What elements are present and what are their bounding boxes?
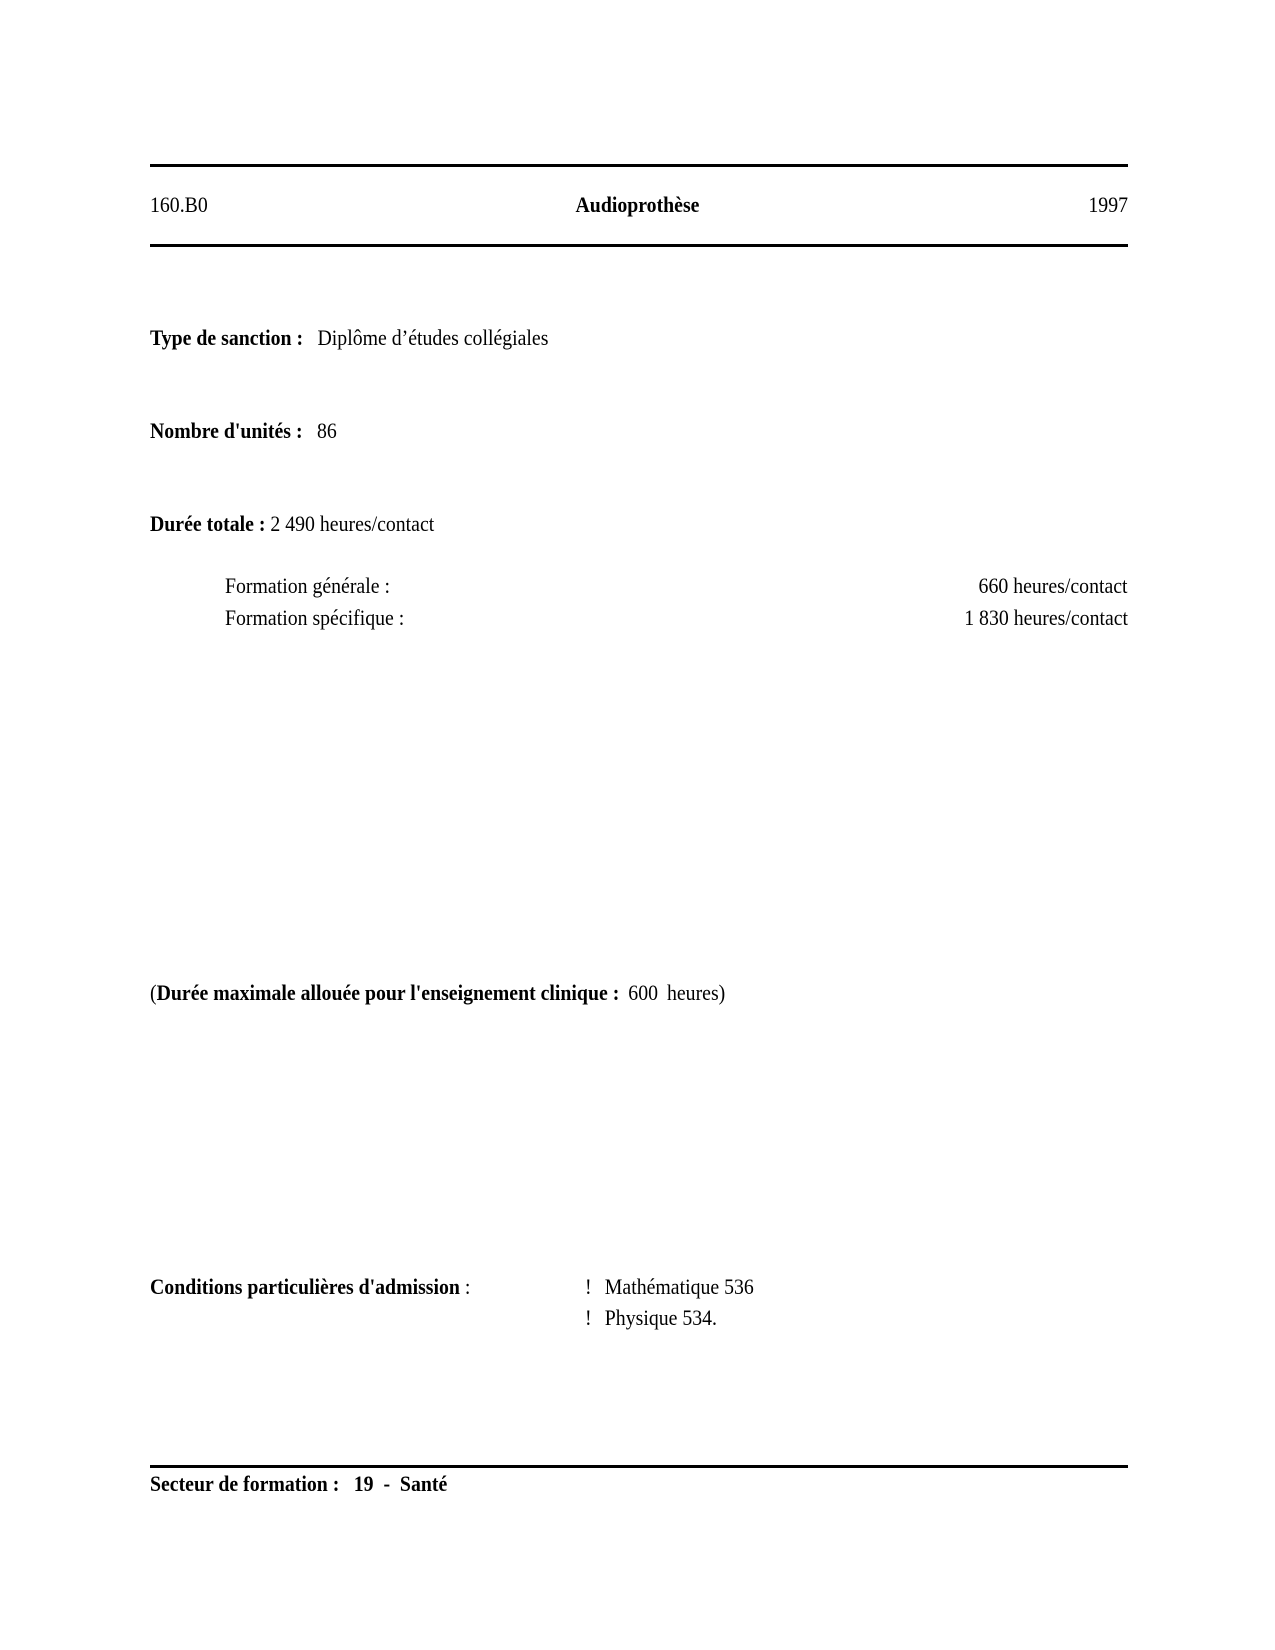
header-bottom-rule bbox=[150, 244, 1128, 247]
general-training-value: 660 heures/contact bbox=[979, 575, 1128, 597]
duration-row: Durée totale : 2 490 heures/contact bbox=[150, 513, 434, 535]
admission-item: !Physique 534. bbox=[585, 1307, 717, 1329]
admission-item-text: Physique 534. bbox=[605, 1305, 717, 1330]
clinical-unit: heures) bbox=[667, 980, 725, 1005]
program-title: Audioprothèse bbox=[64, 194, 1212, 216]
sector-name: Santé bbox=[400, 1471, 447, 1496]
sector-number: 19 bbox=[354, 1471, 374, 1496]
footer-rule bbox=[150, 1465, 1128, 1468]
general-training-label: Formation générale : bbox=[225, 575, 390, 597]
admission-item-text: Mathématique 536 bbox=[605, 1274, 754, 1299]
admission-conditions-label-row: Conditions particulières d'admission : bbox=[150, 1276, 470, 1298]
sector-label: Secteur de formation : bbox=[150, 1471, 339, 1496]
sanction-value: Diplôme d’études collégiales bbox=[317, 325, 548, 350]
admission-label: Conditions particulières d'admission bbox=[150, 1274, 460, 1299]
header-top-rule bbox=[150, 164, 1128, 167]
sector-separator: - bbox=[383, 1471, 390, 1496]
units-label: Nombre d'unités : bbox=[150, 418, 303, 443]
bullet-icon: ! bbox=[585, 1276, 605, 1298]
clinical-label: Durée maximale allouée pour l'enseigneme… bbox=[157, 980, 620, 1005]
units-value: 86 bbox=[317, 418, 337, 443]
sanction-label: Type de sanction : bbox=[150, 325, 303, 350]
clinical-value: 600 bbox=[628, 980, 658, 1005]
program-year: 1997 bbox=[1088, 194, 1128, 216]
clinical-duration-row: (Durée maximale allouée pour l'enseignem… bbox=[150, 982, 725, 1004]
bullet-icon: ! bbox=[585, 1307, 605, 1329]
specific-training-label: Formation spécifique : bbox=[225, 607, 404, 629]
sanction-row: Type de sanction :Diplôme d’études collé… bbox=[150, 327, 548, 349]
specific-training-value: 1 830 heures/contact bbox=[964, 607, 1128, 629]
units-row: Nombre d'unités :86 bbox=[150, 420, 337, 442]
duration-value: 2 490 heures/contact bbox=[270, 511, 434, 536]
duration-label: Durée totale : bbox=[150, 511, 265, 536]
admission-item: !Mathématique 536 bbox=[585, 1276, 754, 1298]
admission-colon: : bbox=[465, 1274, 471, 1299]
training-sector-row: Secteur de formation :19 - Santé bbox=[150, 1473, 447, 1495]
